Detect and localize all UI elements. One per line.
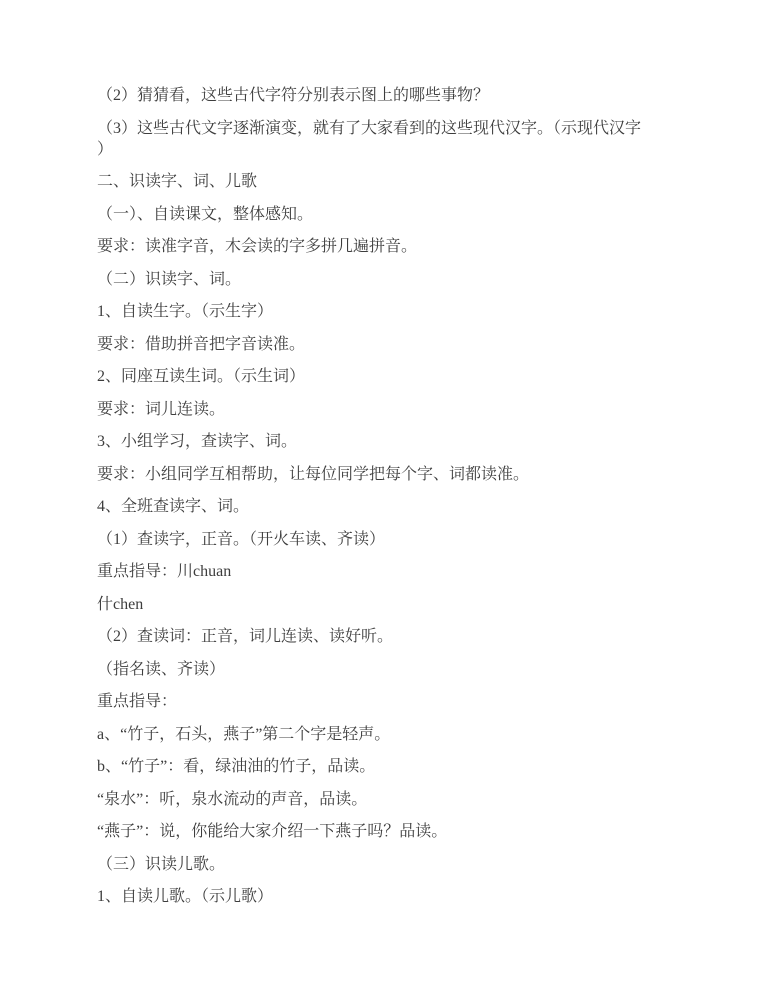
doc-line: 4、全班查读字、词。 — [97, 496, 697, 517]
doc-line: （2）猜猜看，这些古代字符分别表示图上的哪些事物？ — [97, 85, 697, 106]
doc-line: 要求：读准字音，木会读的字多拼几遍拼音。 — [97, 236, 697, 257]
doc-line: “泉水”：听，泉水流动的声音，品读。 — [97, 789, 697, 810]
doc-line: （3）这些古代文字逐渐演变，就有了大家看到的这些现代汉字。（示现代汉字 — [97, 118, 697, 139]
doc-line: 1、自读生字。（示生字） — [97, 301, 697, 322]
doc-line: 1、自读儿歌。（示儿歌） — [97, 886, 697, 907]
doc-line: 要求：词儿连读。 — [97, 399, 697, 420]
doc-line: a、“竹子，石头，燕子”第二个字是轻声。 — [97, 724, 697, 745]
doc-line: 什chen — [97, 594, 697, 615]
document-content: （2）猜猜看，这些古代字符分别表示图上的哪些事物？ （3）这些古代文字逐渐演变，… — [97, 85, 697, 919]
doc-line: （2）查读词：正音，词儿连读、读好听。 — [97, 626, 697, 647]
doc-line: （一）、自读课文，整体感知。 — [97, 204, 697, 225]
doc-line: b、“竹子”：看，绿油油的竹子，品读。 — [97, 756, 697, 777]
doc-line: 重点指导：川chuan — [97, 561, 697, 582]
doc-line: 2、同座互读生词。（示生词） — [97, 366, 697, 387]
doc-line-wrap: ） — [97, 139, 697, 160]
doc-line: （二）识读字、词。 — [97, 269, 697, 290]
doc-line: 重点指导： — [97, 691, 697, 712]
doc-line: （指名读、齐读） — [97, 659, 697, 680]
doc-line: （三）识读儿歌。 — [97, 854, 697, 875]
doc-line: 要求：借助拼音把字音读准。 — [97, 334, 697, 355]
doc-line: “燕子”：说，你能给大家介绍一下燕子吗？品读。 — [97, 821, 697, 842]
doc-line: 3、小组学习，查读字、词。 — [97, 431, 697, 452]
document-page: （2）猜猜看，这些古代字符分别表示图上的哪些事物？ （3）这些古代文字逐渐演变，… — [0, 0, 770, 1000]
doc-line: 二、识读字、词、儿歌 — [97, 171, 697, 192]
doc-line: 要求：小组同学互相帮助，让每位同学把每个字、词都读准。 — [97, 464, 697, 485]
doc-line: （1）查读字，正音。（开火车读、齐读） — [97, 529, 697, 550]
